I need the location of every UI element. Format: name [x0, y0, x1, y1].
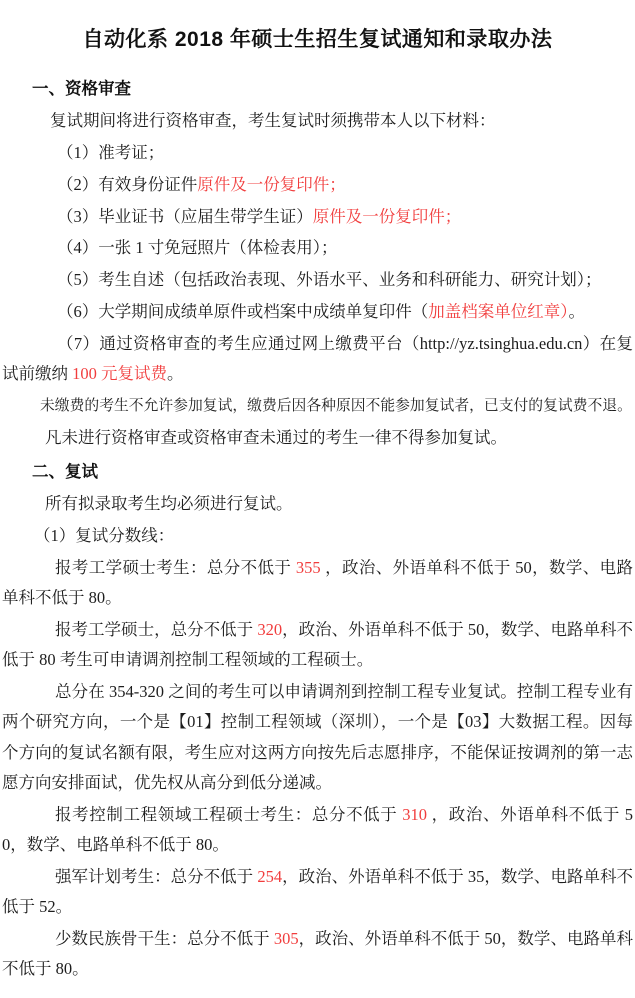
text-run: 未缴费的考生不允许参加复试，缴费后因各种原因不能参加复试者，已支付的复试费不退。 [40, 398, 632, 414]
paragraph: 未缴费的考生不允许参加复试，缴费后因各种原因不能参加复试者，已支付的复试费不退。 [2, 391, 633, 421]
text-run: 强军计划考生：总分不低于 [55, 867, 257, 886]
text-run: （3）毕业证书（应届生带学生证） [57, 207, 313, 226]
text-run: 凡未进行资格审查或资格审查未通过的考生一律不得参加复试。 [45, 428, 507, 447]
paragraph: 复试期间将进行资格审查，考生复试时须携带本人以下材料： [2, 106, 633, 136]
text-run: （4）一张 1 寸免冠照片（体检表用）； [57, 238, 338, 257]
red-emphasis-text: 320 [257, 620, 282, 639]
paragraph: 凡未进行资格审查或资格审查未通过的考生一律不得参加复试。 [2, 423, 633, 453]
paragraph: （5）考生自述（包括政治表现、外语水平、业务和科研能力、研究计划）； [2, 265, 633, 295]
text-run: 总分在 354-320 之间的考生可以申请调剂到控制工程专业复试。控制工程专业有… [2, 682, 633, 792]
paragraph: （4）一张 1 寸免冠照片（体检表用）； [2, 233, 633, 263]
text-run: （5）考生自述（包括政治表现、外语水平、业务和科研能力、研究计划）； [57, 270, 602, 289]
document-title: 自动化系 2018 年硕士生招生复试通知和录取办法 [2, 24, 633, 56]
document-page: 自动化系 2018 年硕士生招生复试通知和录取办法 一、资格审查复试期间将进行资… [0, 0, 635, 998]
text-run: 报考工学硕士考生：总分不低于 [55, 558, 296, 577]
red-emphasis-text: 310 [402, 805, 427, 824]
paragraph: （1）复试分数线： [2, 521, 633, 551]
section-heading: 一、资格审查 [32, 74, 633, 104]
red-emphasis-text: 原件及一份复印件； [313, 207, 462, 226]
text-run: 。 [569, 302, 586, 321]
paragraph: （3）毕业证书（应届生带学生证）原件及一份复印件； [2, 202, 633, 232]
paragraph: 报考工学硕士，总分不低于 320，政治、外语单科不低于 50，数学、电路单科不低… [2, 615, 633, 676]
text-run: （1）复试分数线： [34, 526, 174, 545]
red-emphasis-text: 254 [257, 867, 282, 886]
text-run: （1）准考证； [57, 143, 164, 162]
section-heading: 二、复试 [32, 457, 633, 487]
paragraph: （7）通过资格审查的考生应通过网上缴费平台（http://yz.tsinghua… [2, 329, 633, 390]
text-run: （6）大学期间成绩单原件或档案中成绩单复印件（ [57, 302, 428, 321]
paragraph: 总分在 354-320 之间的考生可以申请调剂到控制工程专业复试。控制工程专业有… [2, 677, 633, 798]
red-emphasis-text: 305 [274, 929, 299, 948]
text-run: 所有拟录取考生均必须进行复试。 [45, 494, 293, 513]
text-run: （2）有效身份证件 [57, 175, 197, 194]
text-run: 报考工学硕士，总分不低于 [55, 620, 257, 639]
paragraph: （6）大学期间成绩单原件或档案中成绩单复印件（加盖档案单位红章）。 [2, 297, 633, 327]
red-emphasis-text: 355 [296, 558, 321, 577]
paragraph: 少数民族骨干生：总分不低于 305，政治、外语单科不低于 50，数学、电路单科不… [2, 924, 633, 985]
paragraph: （1）准考证； [2, 138, 633, 168]
red-emphasis-text: 加盖档案单位红章） [428, 302, 568, 321]
paragraph: 强军计划考生：总分不低于 254，政治、外语单科不低于 35，数学、电路单科不低… [2, 862, 633, 923]
text-run: 报考控制工程领域工程硕士考生：总分不低于 [55, 805, 402, 824]
red-emphasis-text: 100 元复试费 [72, 364, 167, 383]
text-run: 少数民族骨干生：总分不低于 [55, 929, 274, 948]
text-run: 。 [167, 364, 184, 383]
paragraph: 报考控制工程领域工程硕士考生：总分不低于 310 ，政治、外语单科不低于 50，… [2, 800, 633, 861]
text-run: 复试期间将进行资格审查，考生复试时须携带本人以下材料： [50, 111, 496, 130]
paragraph: 所有拟录取考生均必须进行复试。 [2, 489, 633, 519]
red-emphasis-text: 原件及一份复印件； [197, 175, 346, 194]
paragraph: （2）有效身份证件原件及一份复印件； [2, 170, 633, 200]
document-body: 一、资格审查复试期间将进行资格审查，考生复试时须携带本人以下材料：（1）准考证；… [2, 74, 633, 985]
paragraph: 报考工学硕士考生：总分不低于 355 ，政治、外语单科不低于 50，数学、电路单… [2, 553, 633, 614]
